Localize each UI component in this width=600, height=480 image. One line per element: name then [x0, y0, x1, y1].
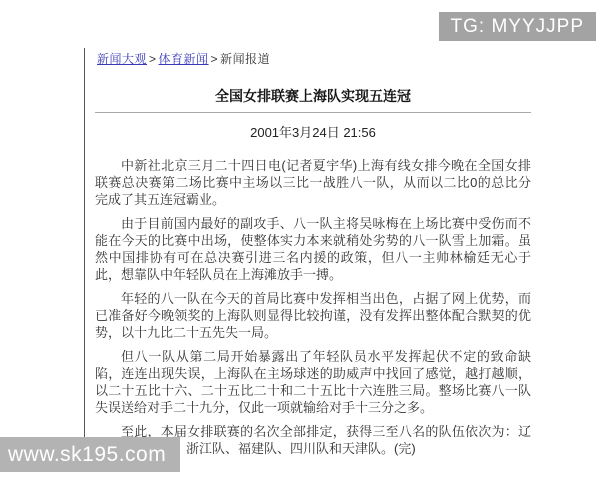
article-paragraph: 中新社北京三月二十四日电(记者夏宇华)上海有线女排今晚在全国女排联赛总决赛第二场… — [95, 157, 531, 208]
title-divider — [95, 112, 531, 113]
article-paragraph: 由于目前国内最好的副攻手、八一队主将吴咏梅在上场比赛中受伤而不能在今天的比赛中出… — [95, 215, 531, 283]
breadcrumb-separator: > — [211, 52, 219, 66]
tg-badge: TG: MYYJJPP — [439, 12, 596, 41]
breadcrumb: 新闻大观>体育新闻>新闻报道 — [97, 50, 531, 67]
article-datetime: 2001年3月24日 21:56 — [95, 122, 531, 141]
breadcrumb-current: 新闻报道 — [220, 52, 270, 66]
article-paragraph: 年轻的八一队在今天的首局比赛中发挥相当出色，占据了网上优势，而已准备好今晚领奖的… — [95, 290, 531, 341]
article-frame: 新闻大观>体育新闻>新闻报道 全国女排联赛上海队实现五连冠 2001年3月24日… — [84, 48, 531, 464]
page-title: 全国女排联赛上海队实现五连冠 — [95, 86, 531, 106]
breadcrumb-link-news-overview[interactable]: 新闻大观 — [97, 52, 147, 66]
watermark: www.sk195.com — [0, 437, 180, 472]
breadcrumb-separator: > — [149, 52, 157, 66]
article-paragraph: 但八一队从第二局开始暴露出了年轻队员水平发挥起伏不定的致命缺陷，连连出现失误，上… — [95, 348, 531, 416]
article-body: 中新社北京三月二十四日电(记者夏宇华)上海有线女排今晚在全国女排联赛总决赛第二场… — [95, 157, 531, 457]
breadcrumb-link-sports-news[interactable]: 体育新闻 — [159, 52, 209, 66]
